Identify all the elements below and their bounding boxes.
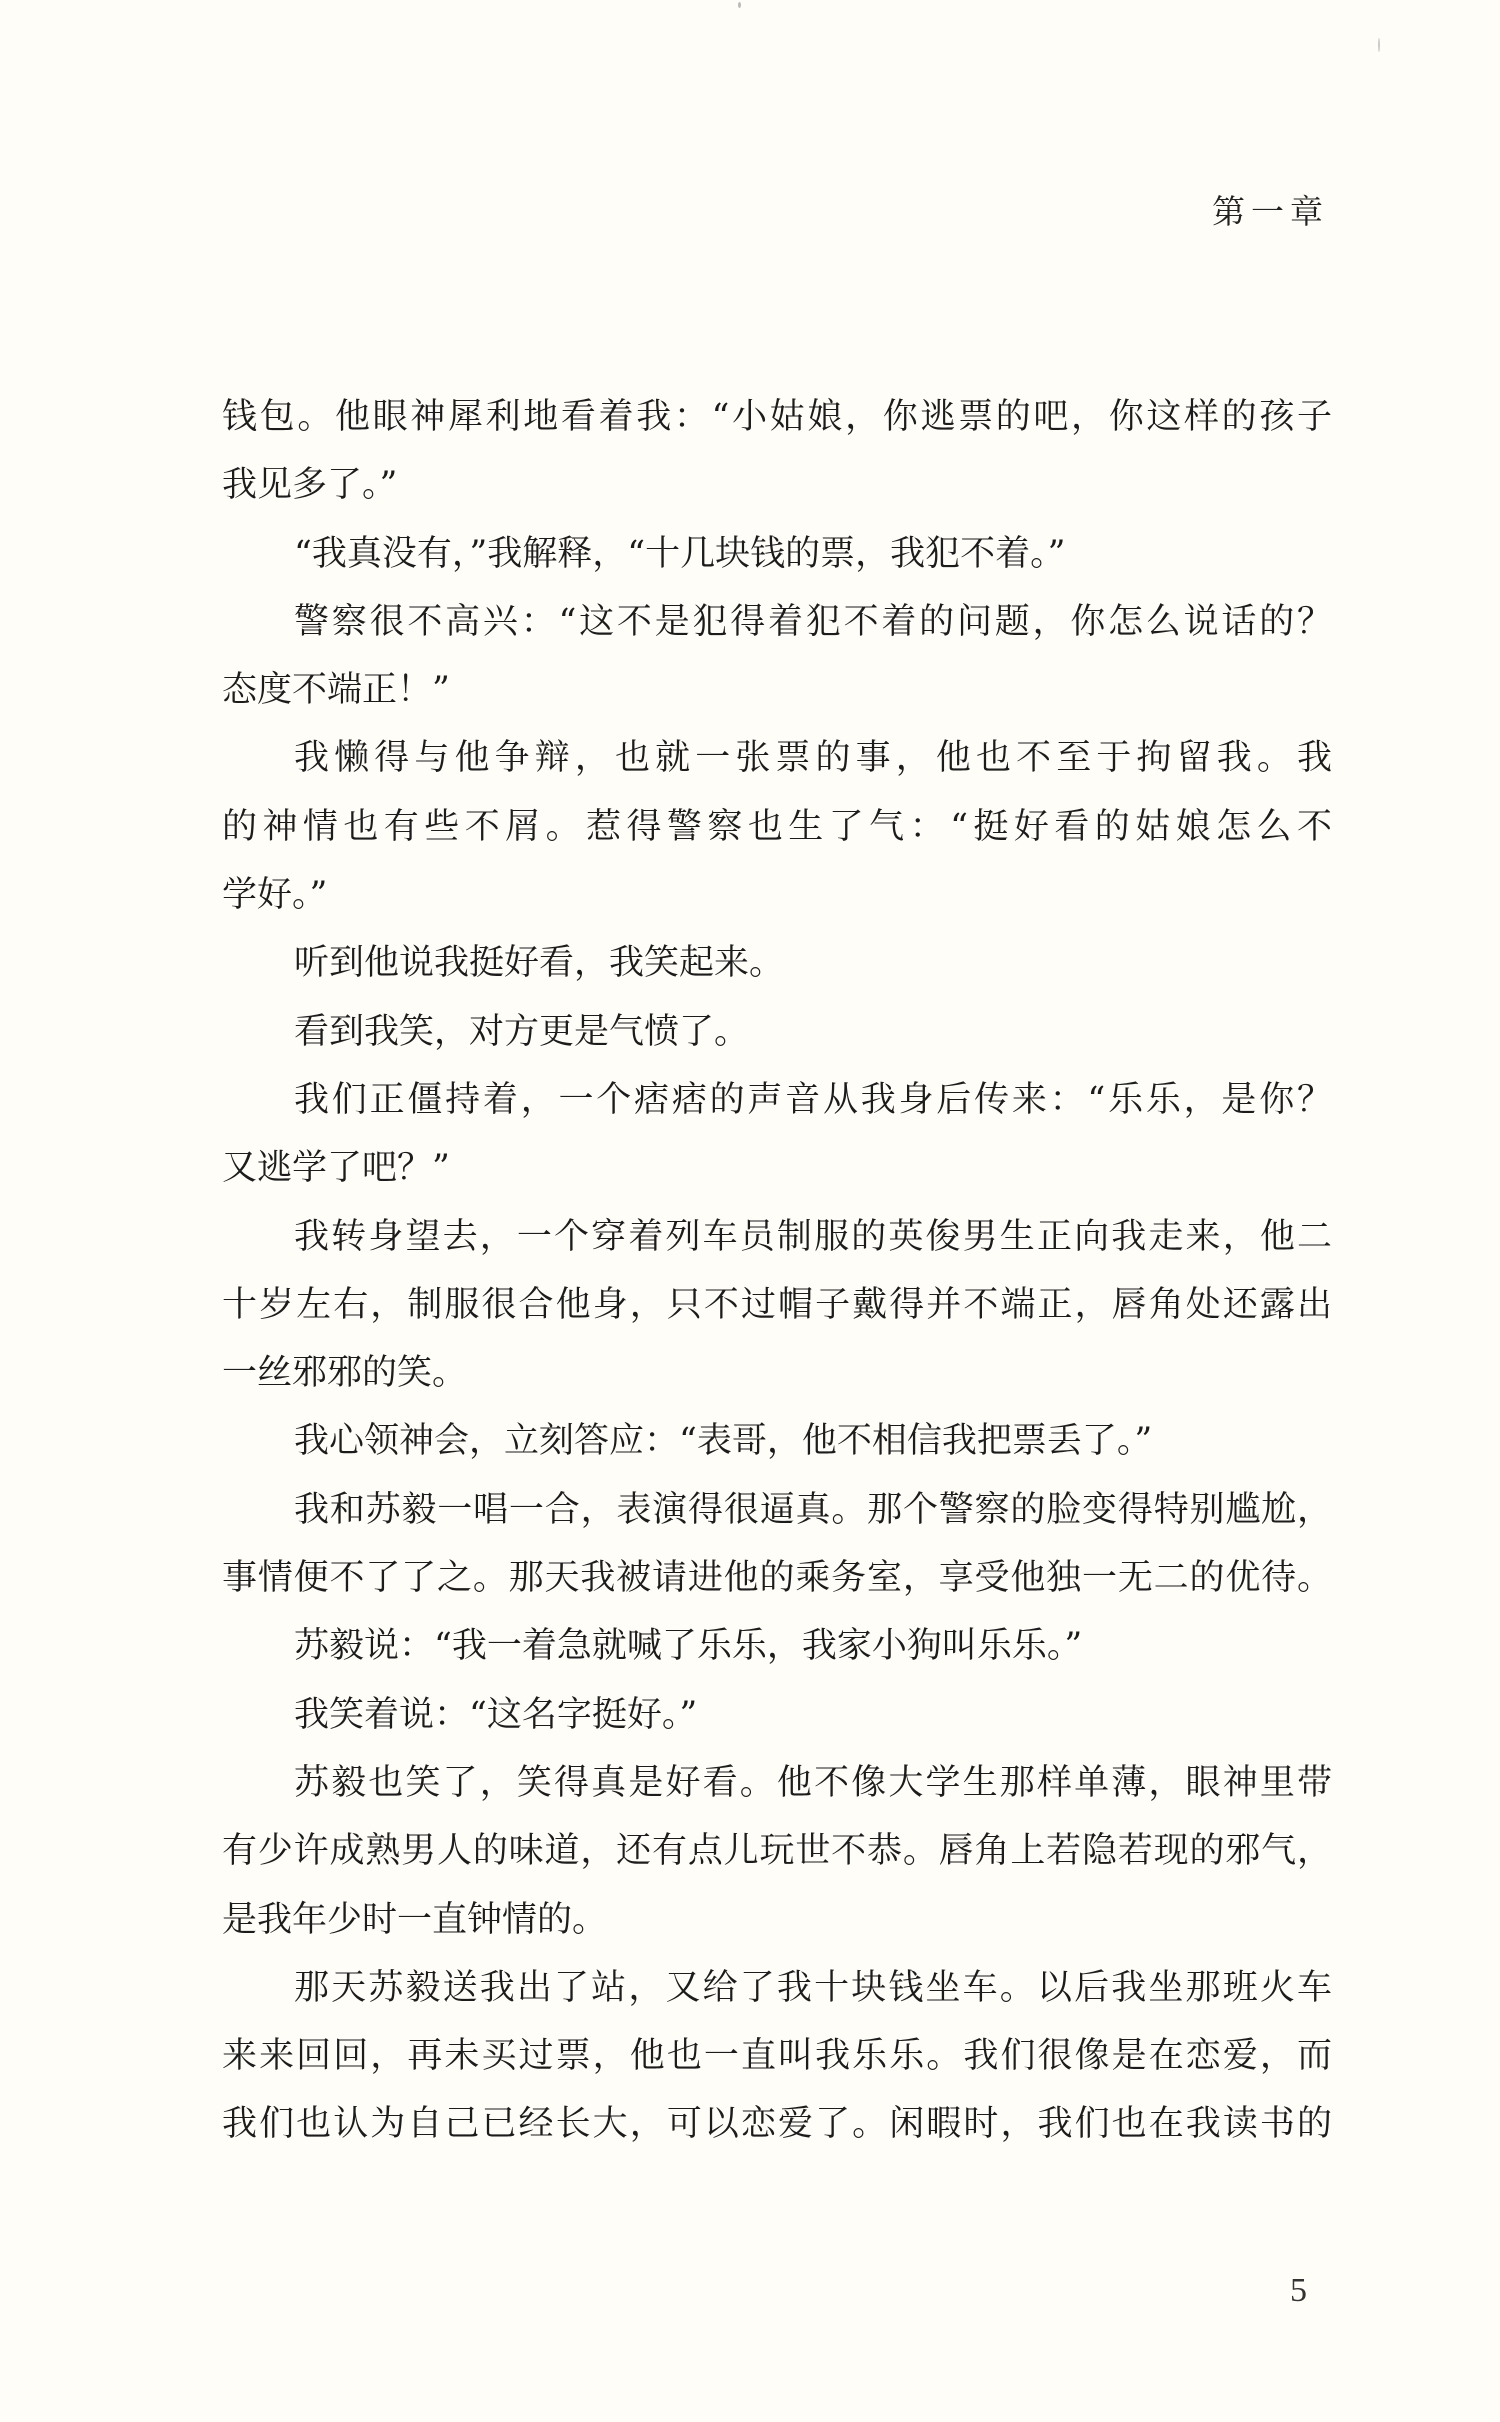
scan-speck [1378, 38, 1380, 52]
text-line: 我见多了。” [222, 451, 1332, 519]
text-line: 听到他说我挺好看，我笑起来。 [222, 929, 1332, 997]
body-text: 钱包。他眼神犀利地看着我：“小姑娘，你逃票的吧，你这样的孩子 我见多了。” “我… [222, 383, 1332, 2159]
book-page: 第一章 钱包。他眼神犀利地看着我：“小姑娘，你逃票的吧，你这样的孩子 我见多了。… [0, 0, 1500, 2422]
text-line: 我转身望去，一个穿着列车员制服的英俊男生正向我走来，他二 [222, 1203, 1332, 1271]
text-line: 我们也认为自己已经长大，可以恋爱了。闲暇时，我们也在我读书的 [222, 2090, 1332, 2158]
text-line: 是我年少时一直钟情的。 [222, 1886, 1332, 1954]
text-line: 有少许成熟男人的味道，还有点儿玩世不恭。唇角上若隐若现的邪气， [222, 1817, 1332, 1885]
text-line: 苏毅也笑了，笑得真是好看。他不像大学生那样单薄，眼神里带 [222, 1749, 1332, 1817]
text-line: 我们正僵持着，一个痞痞的声音从我身后传来：“乐乐，是你？ [222, 1066, 1332, 1134]
text-line: 我笑着说：“这名字挺好。” [222, 1681, 1332, 1749]
text-line: 十岁左右，制服很合他身，只不过帽子戴得并不端正，唇角处还露出 [222, 1271, 1332, 1339]
text-line: 那天苏毅送我出了站，又给了我十块钱坐车。以后我坐那班火车 [222, 1954, 1332, 2022]
text-line: 态度不端正！” [222, 656, 1332, 724]
text-line: 事情便不了了之。那天我被请进他的乘务室，享受他独一无二的优待。 [222, 1544, 1332, 1612]
text-line: 警察很不高兴：“这不是犯得着犯不着的问题，你怎么说话的？ [222, 588, 1332, 656]
page-number: 5 [1290, 2272, 1307, 2310]
text-line: 一丝邪邪的笑。 [222, 1339, 1332, 1407]
text-line: 学好。” [222, 861, 1332, 929]
text-line: 我和苏毅一唱一合，表演得很逼真。那个警察的脸变得特别尴尬， [222, 1476, 1332, 1544]
text-line: 苏毅说：“我一着急就喊了乐乐，我家小狗叫乐乐。” [222, 1612, 1332, 1680]
scan-speck [738, 2, 741, 8]
chapter-header: 第一章 [1212, 186, 1329, 233]
text-line: 看到我笑，对方更是气愤了。 [222, 998, 1332, 1066]
text-line: 钱包。他眼神犀利地看着我：“小姑娘，你逃票的吧，你这样的孩子 [222, 383, 1332, 451]
text-line: 我懒得与他争辩，也就一张票的事，他也不至于拘留我。我 [222, 724, 1332, 792]
text-line: 又逃学了吧？” [222, 1134, 1332, 1202]
text-line: “我真没有，”我解释，“十几块钱的票，我犯不着。” [222, 520, 1332, 588]
text-line: 的神情也有些不屑。惹得警察也生了气：“挺好看的姑娘怎么不 [222, 793, 1332, 861]
text-line: 我心领神会，立刻答应：“表哥，他不相信我把票丢了。” [222, 1407, 1332, 1475]
text-line: 来来回回，再未买过票，他也一直叫我乐乐。我们很像是在恋爱，而 [222, 2022, 1332, 2090]
